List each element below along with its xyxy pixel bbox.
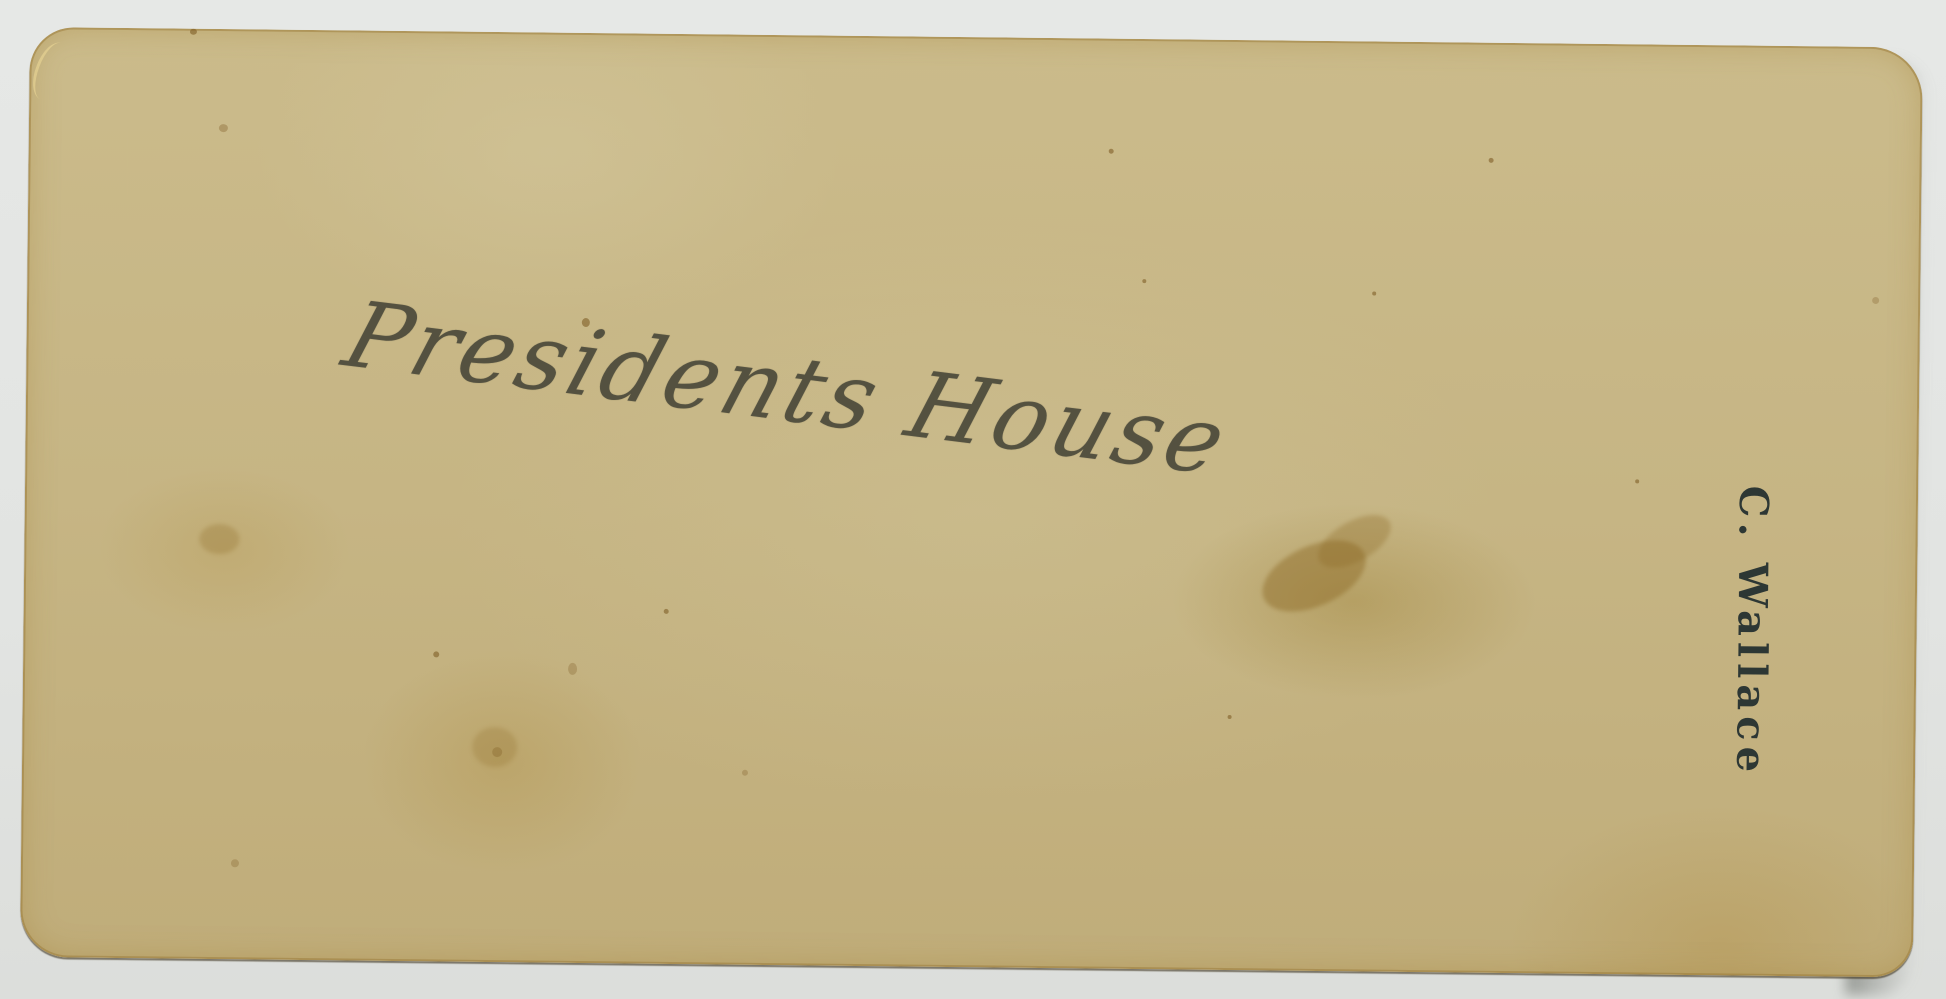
age-speck (231, 859, 239, 867)
age-speck (1489, 158, 1494, 163)
age-speck (664, 609, 669, 614)
age-speck (1872, 297, 1879, 304)
age-speck (1109, 149, 1114, 154)
age-speck (1635, 479, 1639, 483)
stain (199, 524, 239, 554)
age-speck (433, 651, 439, 657)
age-speck (1142, 279, 1146, 283)
age-speck (219, 124, 228, 132)
stereoview-card-back: Presidents House C. Wallace (20, 27, 1923, 977)
handwritten-inscription: Presidents House (333, 282, 1242, 495)
photographer-stamp: C. Wallace (1727, 485, 1777, 778)
age-speck (1228, 715, 1232, 719)
age-speck (190, 29, 197, 35)
age-speck (1372, 292, 1376, 296)
corner-wear (26, 38, 76, 105)
stain (472, 727, 517, 767)
age-speck (568, 663, 577, 675)
age-speck (742, 770, 748, 776)
